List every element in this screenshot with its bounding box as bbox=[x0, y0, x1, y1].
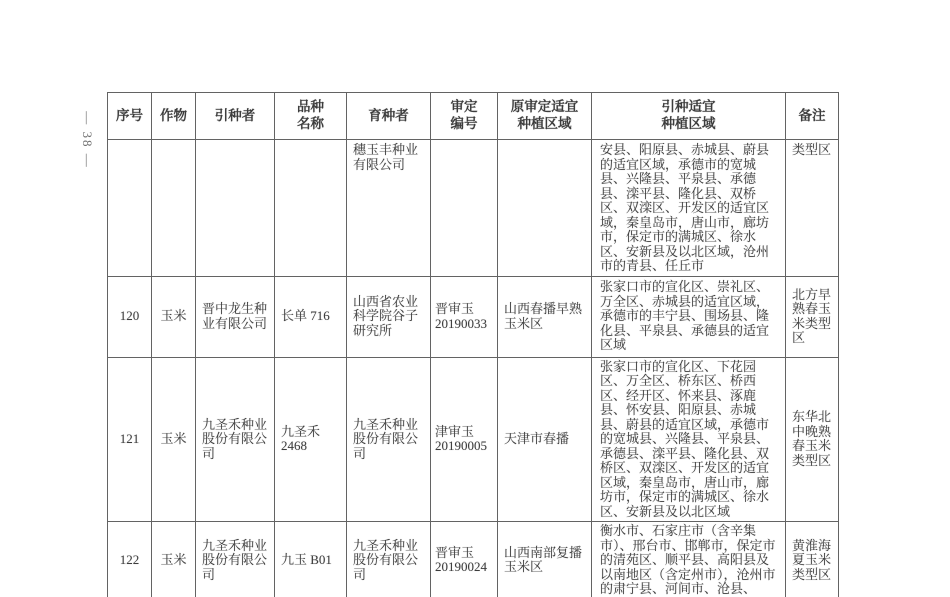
cell-crop: 玉米 bbox=[152, 522, 196, 597]
table-row-121: 121 玉米 九圣禾种业股份有限公司 九圣禾 2468 九圣禾种业股份有限公司 … bbox=[108, 357, 839, 522]
cell-variety: 九圣禾 2468 bbox=[275, 357, 347, 522]
cell-seq: 122 bbox=[108, 522, 152, 597]
page-number: — 38 — bbox=[75, 95, 95, 185]
cell-introducer: 九圣禾种业股份有限公司 bbox=[196, 357, 275, 522]
cell-variety: 长单 716 bbox=[275, 276, 347, 357]
cell-introducer: 九圣禾种业股份有限公司 bbox=[196, 522, 275, 597]
cell-approval-no: 晋审玉20190033 bbox=[431, 276, 498, 357]
cell-approval-no: 晋审玉20190024 bbox=[431, 522, 498, 597]
cell-remark: 黄淮海夏玉米类型区 bbox=[786, 522, 839, 597]
table-row-122: 122 玉米 九圣禾种业股份有限公司 九玉 B01 九圣禾种业股份有限公司 晋审… bbox=[108, 522, 839, 597]
col-header-variety-name: 品种 名称 bbox=[275, 93, 347, 140]
cell-breeder: 九圣禾种业股份有限公司 bbox=[347, 522, 431, 597]
cell-original-region: 山西南部复播玉米区 bbox=[498, 522, 592, 597]
col-header-approval-no: 审定 编号 bbox=[431, 93, 498, 140]
col-header-original-region: 原审定适宜 种植区域 bbox=[498, 93, 592, 140]
col-header-introducer: 引种者 bbox=[196, 93, 275, 140]
cell-intro-region: 安县、阳原县、赤城县、蔚县的适宜区域，承德市的宽城县、兴隆县、平泉县、承德县、滦… bbox=[592, 140, 786, 277]
cell-crop: 玉米 bbox=[152, 357, 196, 522]
cell-intro-region: 衡水市、石家庄市（含辛集市）、邢台市、邯郸市，保定市的清苑区、顺平县、高阳县及以… bbox=[592, 522, 786, 597]
cell-intro-region: 张家口市的宣化区、崇礼区、万全区、赤城县的适宜区域，承德市的丰宁县、围场县、隆化… bbox=[592, 276, 786, 357]
cell-seq: 121 bbox=[108, 357, 152, 522]
variety-introduction-table: 序号 作物 引种者 品种 名称 育种者 审定 编号 原审定适宜 种植区域 引种适… bbox=[107, 92, 839, 597]
cell-breeder: 穗玉丰种业有限公司 bbox=[347, 140, 431, 277]
cell-breeder: 九圣禾种业股份有限公司 bbox=[347, 357, 431, 522]
cell-intro-region: 张家口市的宣化区、下花园区、万全区、桥东区、桥西区、经开区、怀来县、涿鹿县、怀安… bbox=[592, 357, 786, 522]
table-row-120: 120 玉米 晋中龙生种业有限公司 长单 716 山西省农业科学院谷子研究所 晋… bbox=[108, 276, 839, 357]
cell-approval-no bbox=[431, 140, 498, 277]
cell-approval-no: 津审玉20190005 bbox=[431, 357, 498, 522]
cell-seq: 120 bbox=[108, 276, 152, 357]
cell-remark: 东华北中晚熟春玉米类型区 bbox=[786, 357, 839, 522]
cell-breeder: 山西省农业科学院谷子研究所 bbox=[347, 276, 431, 357]
cell-remark: 北方早熟春玉米类型区 bbox=[786, 276, 839, 357]
header-row: 序号 作物 引种者 品种 名称 育种者 审定 编号 原审定适宜 种植区域 引种适… bbox=[108, 93, 839, 140]
cell-seq bbox=[108, 140, 152, 277]
cell-remark: 类型区 bbox=[786, 140, 839, 277]
cell-variety bbox=[275, 140, 347, 277]
cell-crop bbox=[152, 140, 196, 277]
col-header-intro-region: 引种适宜 种植区域 bbox=[592, 93, 786, 140]
table-row-continuation: 穗玉丰种业有限公司 安县、阳原县、赤城县、蔚县的适宜区域，承德市的宽城县、兴隆县… bbox=[108, 140, 839, 277]
col-header-breeder: 育种者 bbox=[347, 93, 431, 140]
col-header-crop: 作物 bbox=[152, 93, 196, 140]
cell-introducer: 晋中龙生种业有限公司 bbox=[196, 276, 275, 357]
cell-introducer bbox=[196, 140, 275, 277]
col-header-seq: 序号 bbox=[108, 93, 152, 140]
cell-original-region: 天津市春播 bbox=[498, 357, 592, 522]
cell-variety: 九玉 B01 bbox=[275, 522, 347, 597]
col-header-remark: 备注 bbox=[786, 93, 839, 140]
cell-crop: 玉米 bbox=[152, 276, 196, 357]
cell-original-region bbox=[498, 140, 592, 277]
cell-original-region: 山西春播早熟玉米区 bbox=[498, 276, 592, 357]
